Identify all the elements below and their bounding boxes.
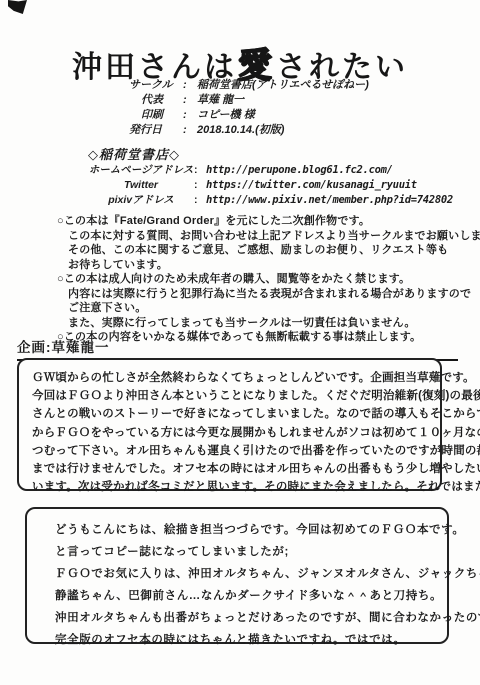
planner-afterword-box: ＧＷ頃からの忙しさが全然終わらなくてちょっとしんどいです。企画担当草薙です。 今… (17, 358, 442, 491)
colophon-label: 印刷 (129, 108, 183, 123)
colophon-value: 2018.10.14.(初版) (197, 123, 284, 138)
colophon-row-printing: 印刷 : コピー機 様 (129, 108, 369, 123)
circle-contact-block: ◇稲荷堂書店◇ ホームページアドレス : http://perupone.blo… (88, 147, 453, 208)
afterword-line: ＧＷ頃からの忙しさが全然終わらなくてちょっとしんどいです。企画担当草薙です。 (32, 369, 430, 387)
colophon-label: 発行日 (129, 123, 183, 138)
afterword-line: 完全版のオフセ本の時にはちゃんと描きたいですね。ではでは。 (55, 629, 437, 651)
contact-label: pixivアドレス (88, 193, 194, 208)
notice-line: ご注意下さい。 (57, 301, 457, 316)
afterword-line: からＦＧＯをやっている方には今更な展開かもしれませんがソコは初めて１０ヶ月なので… (32, 424, 430, 442)
colon-separator: : (183, 123, 197, 138)
notice-line: また、実際に行ってしまっても当サークルは一切責任は負いません。 (57, 316, 457, 331)
colophon-value: 稲荷堂書店(アトリエぺるせぽねー) (197, 78, 369, 93)
notice-line: ○この本は成人向けのため未成年者の購入、閲覧等をかたく禁じます。 (57, 272, 457, 287)
afterword-line: います。次は受かれば冬コミだと思います。その時にまた会えましたら。それではまた。 (32, 478, 430, 496)
afterword-line: つむって下さい。オル田ちゃんも運良く引けたので出番を作っていたのですが時間の都合… (32, 442, 430, 460)
colophon-label: 代表 (129, 93, 183, 108)
afterword-line: 沖田オルタちゃんも出番がちょっとだけあったのですが、間に合わなかったので、 (55, 607, 437, 629)
afterword-line: 今回はＦＧＯより沖田さん本ということになりました。くだぐだ明治維新(復刻)の最後… (32, 387, 430, 405)
afterword-line: までは行けませんでした。オフセ本の時にはオル田ちゃんの出番ももう少し増やしたいと… (32, 460, 430, 478)
contact-label: Twitter (88, 178, 194, 193)
colophon-block: サークル : 稲荷堂書店(アトリエぺるせぽねー) 代表 : 草薙 龍一 印刷 :… (129, 78, 369, 138)
colophon-row-representative: 代表 : 草薙 龍一 (129, 93, 369, 108)
colophon-row-publish-date: 発行日 : 2018.10.14.(初版) (129, 123, 369, 138)
afterword-line: 静謐ちゃん、巴御前さん…なんかダークサイド多いな＾＾あと刀持ち。 (55, 585, 437, 607)
colon-separator: : (183, 78, 197, 93)
colophon-row-circle: サークル : 稲荷堂書店(アトリエぺるせぽねー) (129, 78, 369, 93)
colon-separator: : (183, 108, 197, 123)
notice-line: ○この本は『Fate/Grand Order』を元にした二次創作物です。 (57, 214, 457, 229)
homepage-url: http://perupone.blog61.fc2.com/ (206, 163, 393, 178)
contact-row-pixiv: pixivアドレス : http://www.pixiv.net/member.… (88, 193, 453, 208)
contact-row-homepage: ホームページアドレス : http://perupone.blog61.fc2.… (88, 163, 453, 178)
colon-separator: : (194, 193, 206, 208)
colon-separator: : (183, 93, 197, 108)
colon-separator: : (194, 178, 206, 193)
contact-label: ホームページアドレス (88, 163, 194, 178)
afterword-line: ＦＧＯでお気に入りは、沖田オルタちゃん、ジャンヌオルタさん、ジャックちゃん (55, 563, 437, 585)
notice-line: その他、この本に関するご意見、ご感想、励ましのお便り、リクエスト等も (57, 243, 457, 258)
afterword-line: と言ってコピー誌になってしまいましたが; (55, 541, 437, 563)
circle-name-header: ◇稲荷堂書店◇ (88, 147, 453, 163)
colophon-value: 草薙 龍一 (197, 93, 244, 108)
pixiv-url: http://www.pixiv.net/member.php?id=74280… (206, 193, 453, 208)
afterword-line: どうもこんにちは、絵描き担当つづらです。今回は初めてのＦＧＯ本です。 (55, 519, 437, 541)
twitter-url: https://twitter.com/kusanagi_ryuuit (206, 178, 417, 193)
notice-line: この本に対する質問、お問い合わせは上記アドレスより当サークルまでお願いします。 (57, 229, 457, 244)
contact-row-twitter: Twitter : https://twitter.com/kusanagi_r… (88, 178, 453, 193)
colophon-value: コピー機 様 (197, 108, 255, 123)
scan-artifact-corner-mark (8, 0, 27, 14)
notice-line: お待ちしています。 (57, 258, 457, 273)
colon-separator: : (194, 163, 206, 178)
afterword-line: さんとの戦いのストーリーで好きになってしまいました。なので話の導入もそこからです… (32, 405, 430, 423)
notice-line: 内容には実際に行うと犯罪行為に当たる表現が含まれまれる場合がありますので (57, 287, 457, 302)
scanned-colophon-page: 沖田さんは愛されたい サークル : 稲荷堂書店(アトリエぺるせぽねー) 代表 :… (0, 0, 480, 685)
legal-notices-block: ○この本は『Fate/Grand Order』を元にした二次創作物です。 この本… (57, 214, 457, 345)
artist-afterword-box: どうもこんにちは、絵描き担当つづらです。今回は初めてのＦＧＯ本です。 と言ってコ… (25, 507, 449, 644)
colophon-label: サークル (129, 78, 183, 93)
